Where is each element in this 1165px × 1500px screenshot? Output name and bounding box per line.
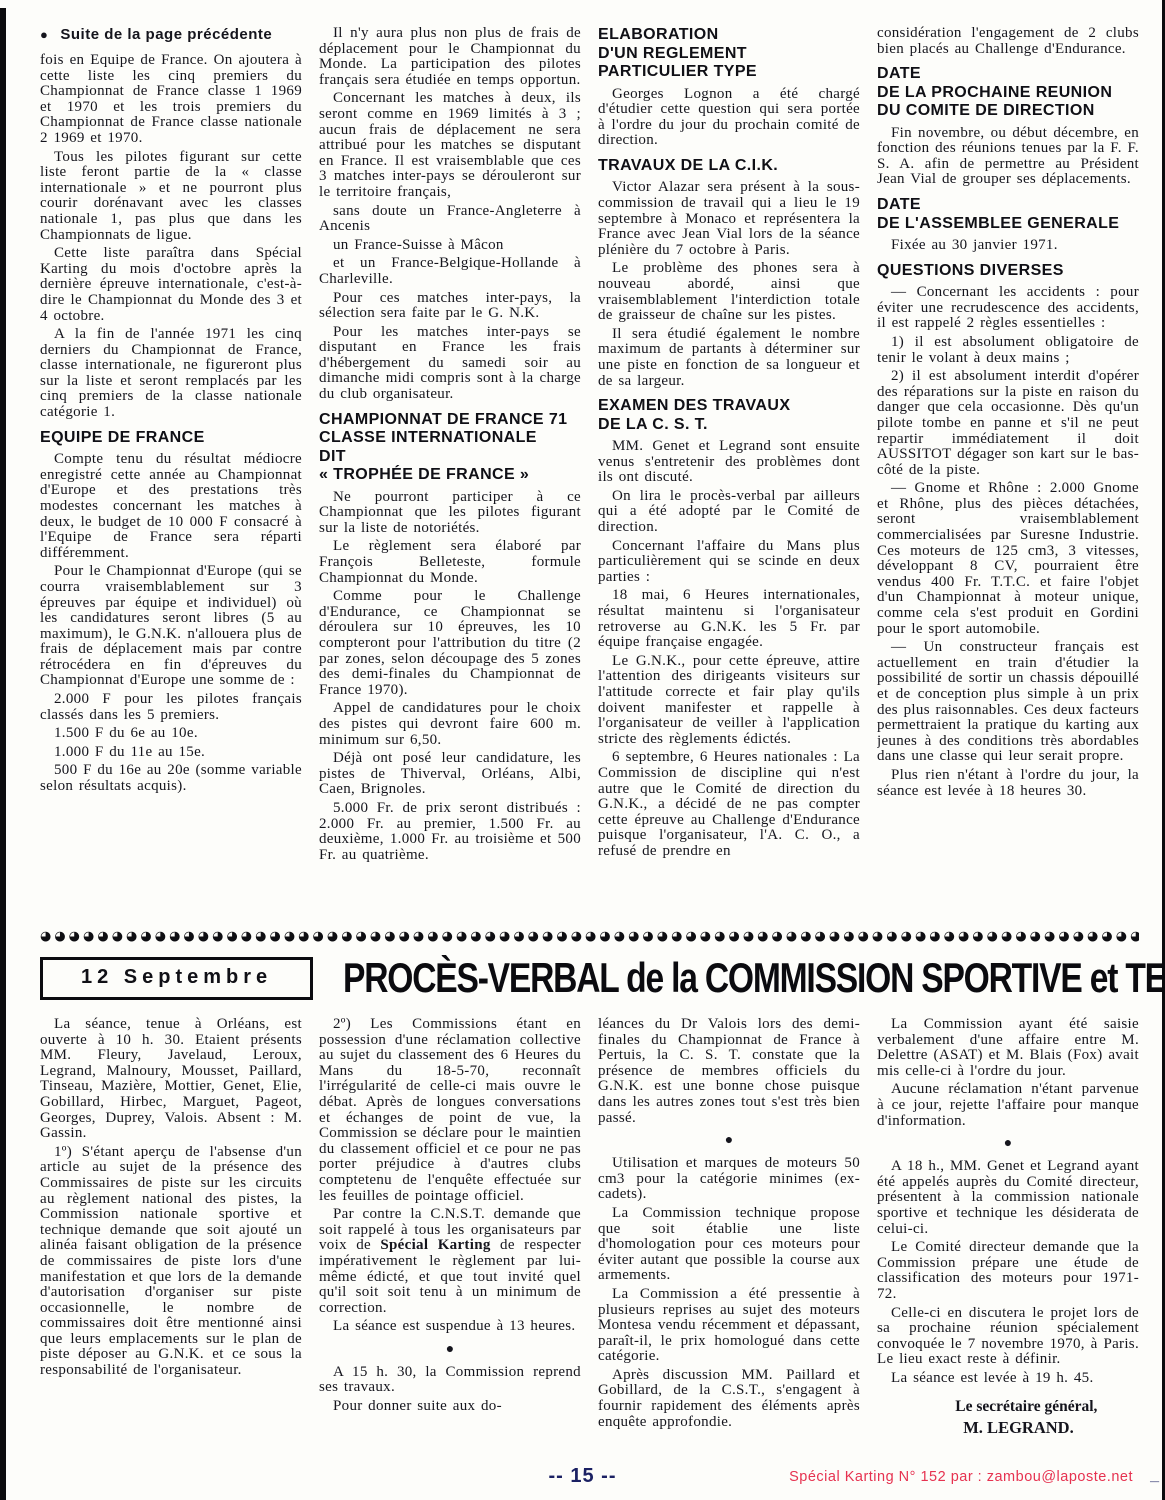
paragraph: 1.000 F du 11e au 15e. xyxy=(40,745,302,761)
paragraph: Aucune réclamation n'étant parvenue à ce… xyxy=(877,1082,1139,1129)
paragraph: 1º) S'étant aperçu de l'absense d'un art… xyxy=(40,1145,302,1379)
paragraph: 18 mai, 6 Heures internationales, résult… xyxy=(598,588,860,650)
paragraph: et un France-Belgique-Hollande à Charlev… xyxy=(319,256,581,287)
paragraph: Fixée au 30 janvier 1971. xyxy=(877,238,1139,254)
paragraph: Pour ces matches inter-pays, la sélectio… xyxy=(319,291,581,322)
bullet-icon: ● xyxy=(40,27,48,42)
bottom-column-3: léances du Dr Valois lors des demi-final… xyxy=(598,1017,860,1445)
scan-artifact: _ xyxy=(1150,1467,1159,1485)
bead-divider: ◕◕◕◕◕◕◕◕◕◕◕◕◕◕◕◕◕◕◕◕◕◕◕◕◕◕◕◕◕◕◕◕◕◕◕◕◕◕◕◕… xyxy=(40,930,1139,943)
paragraph: — Un constructeur français est actuellem… xyxy=(877,640,1139,765)
footer-credit: Spécial Karting N° 152 par : zambou@lapo… xyxy=(789,1469,1133,1485)
paragraph: sans doute un France-Angleterre à Anceni… xyxy=(319,204,581,235)
paragraph: Celle-ci en discutera le projet lors de … xyxy=(877,1306,1139,1368)
paragraph: A 15 h. 30, la Commission reprend ses tr… xyxy=(319,1365,581,1396)
paragraph: — Concernant les accidents : pour éviter… xyxy=(877,285,1139,332)
top-column-1: ●Suite de la page précédentefois en Equi… xyxy=(40,26,302,926)
date-box: 12 Septembre xyxy=(40,957,313,1000)
top-column-4: considération l'engagement de 2 clubs bi… xyxy=(877,26,1139,926)
paragraph-continuation: fois en Equipe de France. On ajoutera à … xyxy=(40,53,302,147)
section-headline: PROCÈS-VERBAL de la COMMISSION SPORTIVE … xyxy=(343,954,1165,1002)
paragraph: Après discussion MM. Paillard et Gobilla… xyxy=(598,1368,860,1430)
section-heading: DATE DE L'ASSEMBLEE GENERALE xyxy=(877,196,1139,233)
paragraph: 2º) Les Commissions étant en possession … xyxy=(319,1017,581,1204)
paragraph: Concernant les matches à deux, ils seron… xyxy=(319,91,581,200)
paragraph: Le Comité directeur demande que la Commi… xyxy=(877,1240,1139,1302)
section-heading: QUESTIONS DIVERSES xyxy=(877,262,1139,281)
bottom-column-4: La Commission ayant été saisie verbaleme… xyxy=(877,1017,1139,1445)
paragraph: Utilisation et marques de moteurs 50 cm3… xyxy=(598,1156,860,1203)
paragraph: A 18 h., MM. Genet et Legrand ayant été … xyxy=(877,1159,1139,1237)
paragraph: La Commission a été pressentie à plusieu… xyxy=(598,1287,860,1365)
paragraph: 500 F du 16e au 20e (somme variable selo… xyxy=(40,763,302,794)
section-heading: ELABORATION D'UN REGLEMENT PARTICULIER T… xyxy=(598,26,860,82)
paragraph: Fin novembre, ou début décembre, en fonc… xyxy=(877,126,1139,188)
section-heading: EQUIPE DE FRANCE xyxy=(40,429,302,448)
section-heading: CHAMPIONNAT DE FRANCE 71 CLASSE INTERNAT… xyxy=(319,411,581,485)
paragraph: Il n'y aura plus non plus de frais de dé… xyxy=(319,26,581,88)
continued-from-note: ●Suite de la page précédente xyxy=(40,26,302,43)
paragraph: Le règlement sera élaboré par François B… xyxy=(319,539,581,586)
paragraph: 1) il est absolument obligatoire de teni… xyxy=(877,335,1139,366)
paragraph: Victor Alazar sera présent à la sous-com… xyxy=(598,180,860,258)
paragraph: La séance est levée à 19 h. 45. xyxy=(877,1371,1139,1387)
paragraph: Compte tenu du résultat médiocre enregis… xyxy=(40,452,302,561)
paragraph: Pour donner suite aux do- xyxy=(319,1399,581,1415)
top-column-2: Il n'y aura plus non plus de frais de dé… xyxy=(319,26,581,926)
bottom-column-2: 2º) Les Commissions étant en possession … xyxy=(319,1017,581,1445)
paragraph: Pour le Championnat d'Europe (qui se cou… xyxy=(40,564,302,689)
paragraph: Par contre la C.N.S.T. demande que soit … xyxy=(319,1207,581,1316)
section-heading: TRAVAUX DE LA C.I.K. xyxy=(598,157,860,176)
paragraph: Ne pourront participer à ce Championnat … xyxy=(319,490,581,537)
section-heading: DATE DE LA PROCHAINE REUNION DU COMITE D… xyxy=(877,65,1139,121)
paragraph: Le problème des phones sera à nouveau ab… xyxy=(598,261,860,323)
signature-name: M. LEGRAND. xyxy=(877,1418,1139,1438)
top-column-3: ELABORATION D'UN REGLEMENT PARTICULIER T… xyxy=(598,26,860,926)
paragraph: Appel de candidatures pour le choix des … xyxy=(319,701,581,748)
section-2-header: 12 Septembre PROCÈS-VERBAL de la COMMISS… xyxy=(40,951,1139,1005)
bottom-section: La séance, tenue à Orléans, est ouverte … xyxy=(40,1017,1139,1445)
paragraph: La séance est suspendue à 13 heures. xyxy=(319,1319,581,1335)
magazine-page: ●Suite de la page précédentefois en Equi… xyxy=(0,0,1165,1500)
paragraph: Le G.N.K., pour cette épreuve, attire l'… xyxy=(598,654,860,748)
paragraph: La séance, tenue à Orléans, est ouverte … xyxy=(40,1017,302,1142)
paragraph: On lira le procès-verbal par ailleurs qu… xyxy=(598,489,860,536)
paragraph-continuation: léances du Dr Valois lors des demi-final… xyxy=(598,1017,860,1126)
paragraph: 2) il est absolument interdit d'opérer d… xyxy=(877,369,1139,478)
bullet-separator: ● xyxy=(598,1134,860,1148)
signature-role: Le secrétaire général, xyxy=(877,1398,1139,1416)
paragraph: Déjà ont posé leur candidature, les pist… xyxy=(319,751,581,798)
paragraph: La Commission ayant été saisie verbaleme… xyxy=(877,1017,1139,1079)
bottom-column-1: La séance, tenue à Orléans, est ouverte … xyxy=(40,1017,302,1445)
paragraph: 2.000 F pour les pilotes français classé… xyxy=(40,692,302,723)
paragraph: Tous les pilotes figurant sur cette list… xyxy=(40,150,302,244)
paragraph: un France-Suisse à Mâcon xyxy=(319,238,581,254)
paragraph-continuation: considération l'engagement de 2 clubs bi… xyxy=(877,26,1139,57)
paragraph: Cette liste paraîtra dans Spécial Kartin… xyxy=(40,246,302,324)
paragraph: Concernant l'affaire du Mans plus partic… xyxy=(598,539,860,586)
paragraph: — Gnome et Rhône : 2.000 Gnome et Rhône,… xyxy=(877,481,1139,637)
paragraph: 6 septembre, 6 Heures nationales : La Co… xyxy=(598,750,860,859)
paragraph: Comme pour le Challenge d'Endurance, ce … xyxy=(319,589,581,698)
paragraph: Pour les matches inter-pays se disputant… xyxy=(319,325,581,403)
section-heading: EXAMEN DES TRAVAUX DE LA C. S. T. xyxy=(598,397,860,434)
paragraph: Georges Lognon a été chargé d'étudier ce… xyxy=(598,87,860,149)
page-footer: -- 15 -- Spécial Karting N° 152 par : za… xyxy=(0,1462,1165,1488)
paragraph: 5.000 Fr. de prix seront distribués : 2.… xyxy=(319,801,581,863)
paragraph: 1.500 F du 6e au 10e. xyxy=(40,726,302,742)
paragraph: MM. Genet et Legrand sont ensuite venus … xyxy=(598,439,860,486)
page-content: ●Suite de la page précédentefois en Equi… xyxy=(40,26,1139,1445)
paragraph: La Commission technique propose que soit… xyxy=(598,1206,860,1284)
paragraph: Plus rien n'étant à l'ordre du jour, la … xyxy=(877,768,1139,799)
bullet-separator: ● xyxy=(319,1343,581,1357)
scan-edge-left xyxy=(0,8,6,1500)
bullet-separator: ● xyxy=(877,1137,1139,1151)
paragraph: A la fin de l'année 1971 les cinq dernie… xyxy=(40,327,302,421)
paragraph: Il sera étudié également le nombre maxim… xyxy=(598,327,860,389)
top-section: ●Suite de la page précédentefois en Equi… xyxy=(40,26,1139,926)
